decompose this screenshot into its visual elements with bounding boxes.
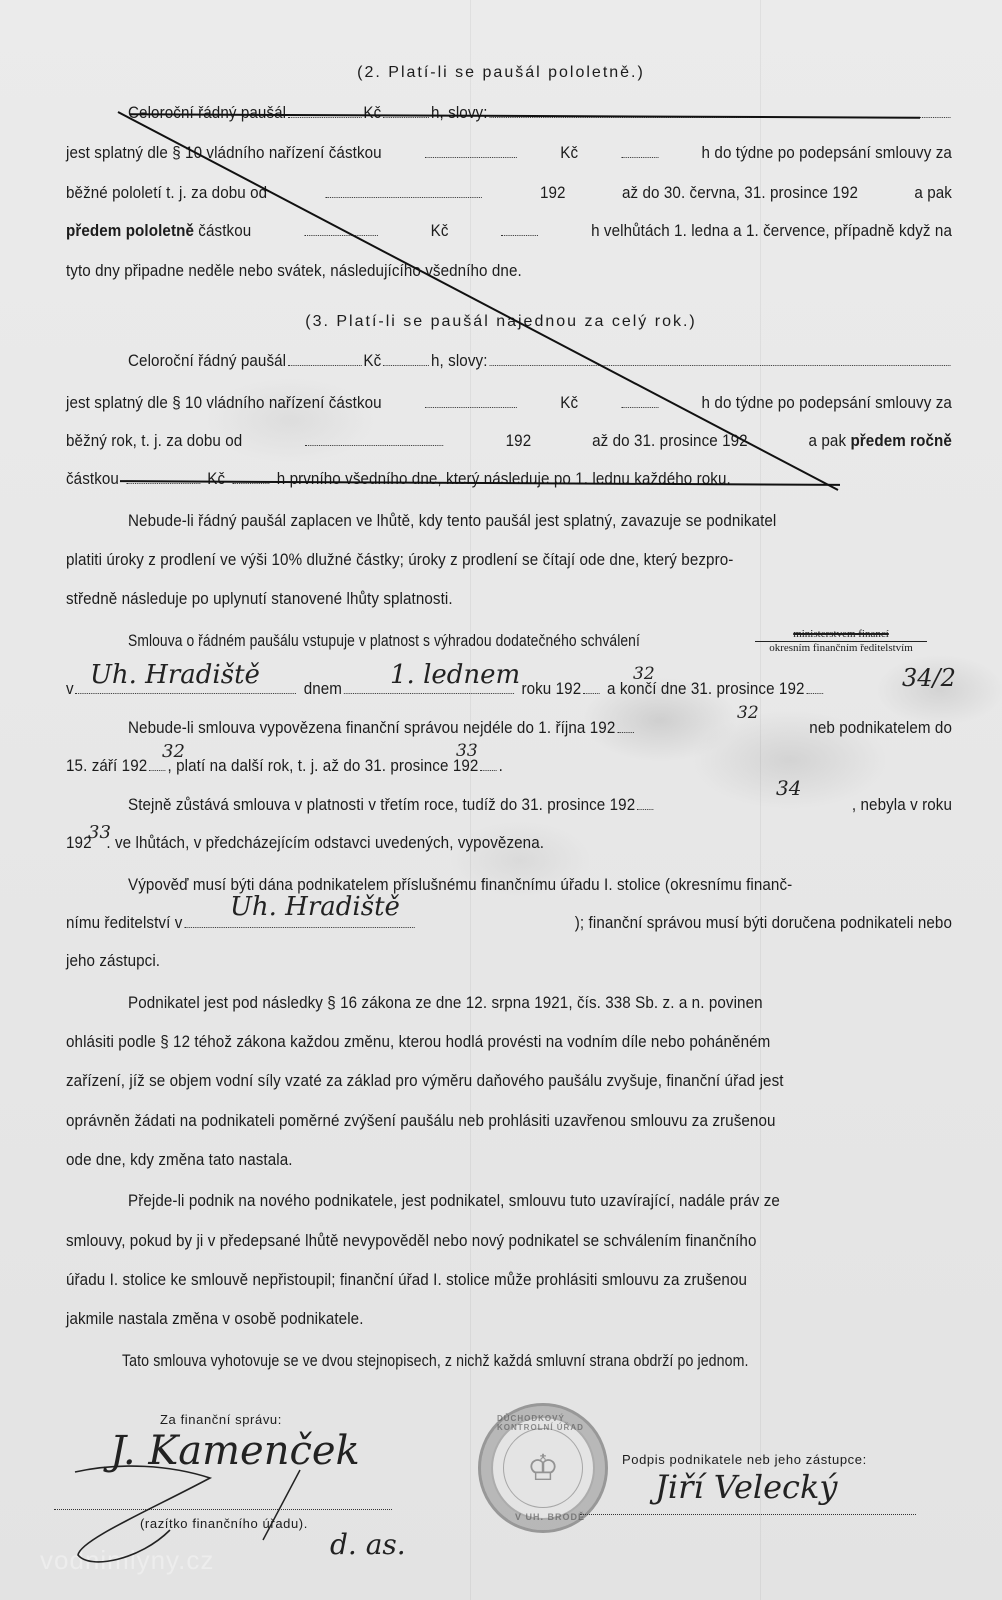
transfer-line-1: Přejde-li podnik na nového podnikatele, … (128, 1192, 952, 1211)
obligations-line-2: ohlásiti podle § 12 téhož zákona každou … (66, 1033, 952, 1052)
obligations-line-4: oprávněn žádati na podnikateli poměrné z… (66, 1112, 952, 1131)
stamp-text-top: DŮCHODKOVÝ KONTROLNÍ ÚŘAD (497, 1414, 605, 1432)
finance-signature-suffix: d. as. (330, 1528, 406, 1561)
interest-line-1: Nebude-li řádný paušál zaplacen ve lhůtě… (128, 512, 952, 531)
notice-line-3: jeho zástupci. (66, 952, 952, 971)
handwritten-year: 34 (776, 776, 801, 800)
handwritten-place: Uh. Hradiště (90, 660, 260, 690)
watermark: vodnimlyny.cz (40, 1545, 214, 1576)
finance-office-label: Za finanční správu: (160, 1412, 282, 1427)
section-2-line-5: tyto dny připadne neděle nebo svátek, ná… (66, 262, 952, 281)
handwritten-prev-year: 33 (88, 822, 111, 843)
transfer-line-3: úřadu I. stolice ke smlouvě nepřistoupil… (66, 1271, 952, 1290)
entrepreneur-signature-line (580, 1514, 916, 1515)
handwritten-sep-year: 32 (162, 741, 185, 762)
transfer-line-4: jakmile nastala změna v osobě podnikatel… (66, 1310, 952, 1329)
section-3-line-2: jest splatný dle § 10 vládního nařízení … (66, 394, 952, 413)
section-2-heading: (2. Platí-li se paušál pololetně.) (0, 64, 1002, 82)
obligations-line-1: Podnikatel jest pod následky § 16 zákona… (128, 994, 952, 1013)
section-3-line-3: běžný rok, t. j. za dobu od192až do 31. … (66, 432, 952, 451)
obligations-line-3: zařízení, jíž se objem vodní síly vzaté … (66, 1072, 952, 1091)
handwritten-next-year: 33 (456, 741, 478, 761)
transfer-line-2: smlouvy, pokud by ji v předepsané lhůtě … (66, 1232, 952, 1251)
interest-line-2: platiti úroky z prodlení ve výši 10% dlu… (66, 551, 952, 570)
entrepreneur-signature: Jiří Velecký (655, 1468, 837, 1506)
entrepreneur-signature-label: Podpis podnikatele neb jeho zástupce: (622, 1452, 867, 1467)
section-2-line-3: běžné pololetí t. j. za dobu od192až do … (66, 184, 952, 203)
validity-line-3: Nebude-li smlouva vypovězena finanční sp… (128, 719, 952, 738)
document-page: (2. Platí-li se paušál pololetně.) Celor… (0, 0, 1002, 1600)
section-3-line-1: Celoroční řádný paušálKčh, slovy: (128, 352, 952, 371)
finance-stamp-label: (razítko finančního úřadu). (140, 1516, 308, 1531)
validity-line-4: 15. září 192, platí na další rok, t. j. … (66, 757, 952, 776)
handwritten-start-year: 32 (633, 664, 655, 684)
handwritten-oct-year: 32 (737, 703, 759, 723)
interest-line-3: středně následuje po uplynutí stanovené … (66, 590, 952, 609)
lion-crest-icon: ♔ (503, 1428, 583, 1508)
approval-fraction: ministerstvem financí okresním finančním… (755, 628, 927, 654)
section-3-line-4: částkouKčh prvního všedního dne, který n… (66, 470, 952, 489)
third-year-line-1: Stejně zůstává smlouva v platnosti v tře… (128, 796, 952, 815)
section-3-heading: (3. Platí-li se paušál najednou za celý … (0, 313, 1002, 331)
third-year-line-2: 192. ve lhůtách, v předcházejícím odstav… (66, 834, 952, 853)
approval-authority: okresním finančním ředitelstvím (755, 642, 927, 654)
handwritten-date: 1. lednem (390, 660, 520, 690)
obligations-line-5: ode dne, kdy změna tato nastala. (66, 1151, 952, 1170)
handwritten-notice-place: Uh. Hradiště (230, 892, 400, 922)
handwritten-end-year: 34/2 (902, 664, 956, 692)
section-2-line-4: předem pololetně částkouKčh velhůtách 1.… (66, 222, 952, 241)
stamp-text-bottom: V UH. BRODĚ (515, 1512, 585, 1522)
finance-office-signature: J. Kamenček (110, 1428, 360, 1474)
approval-struck: ministerstvem financí (755, 628, 927, 640)
notice-line-2: nímu ředitelství v); finanční správou mu… (66, 914, 952, 933)
copies-line: Tato smlouva vyhotovuje se ve dvou stejn… (122, 1352, 950, 1371)
section-2-line-2: jest splatný dle § 10 vládního nařízení … (66, 144, 952, 163)
finance-signature-line (54, 1509, 392, 1510)
